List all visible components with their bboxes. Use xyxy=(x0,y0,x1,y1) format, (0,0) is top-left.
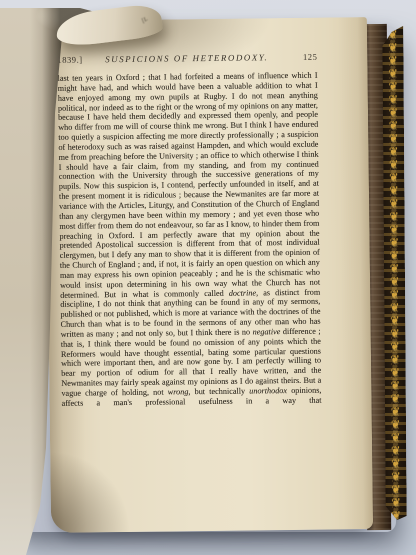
corner-header-mark: [L xyxy=(140,16,149,25)
gilt-ornament-column-icon: ❦ ❦ ❦ ❦ ❦ ❦ ❦ ❦ ❦ ❦ ❦ ❦ ❦ ❦ ❦ ❦ ❦ ❦ ❦ ❦ … xyxy=(382,28,406,522)
book-photo-scene: ❦ ❦ ❦ ❦ ❦ ❦ ❦ ❦ ❦ ❦ ❦ ❦ ❦ ❦ ❦ ❦ ❦ ❦ ❦ ❦ … xyxy=(0,0,416,555)
header-year: 1839.] xyxy=(57,55,82,65)
gilt-fore-edge: ❦ ❦ ❦ ❦ ❦ ❦ ❦ ❦ ❦ ❦ ❦ ❦ ❦ ❦ ❦ ❦ ❦ ❦ ❦ ❦ … xyxy=(382,26,406,522)
page-title: SUSPICIONS OF HETERODOXY. xyxy=(105,52,268,64)
page-body-text: last ten years in Oxford ; that I had fo… xyxy=(58,71,322,409)
running-header: 1839.] SUSPICIONS OF HETERODOXY. 125 xyxy=(57,52,317,65)
right-page-content: 1839.] SUSPICIONS OF HETERODOXY. 125 las… xyxy=(57,52,321,409)
page-number: 125 xyxy=(303,52,318,62)
right-page: 1839.] SUSPICIONS OF HETERODOXY. 125 las… xyxy=(45,17,373,533)
